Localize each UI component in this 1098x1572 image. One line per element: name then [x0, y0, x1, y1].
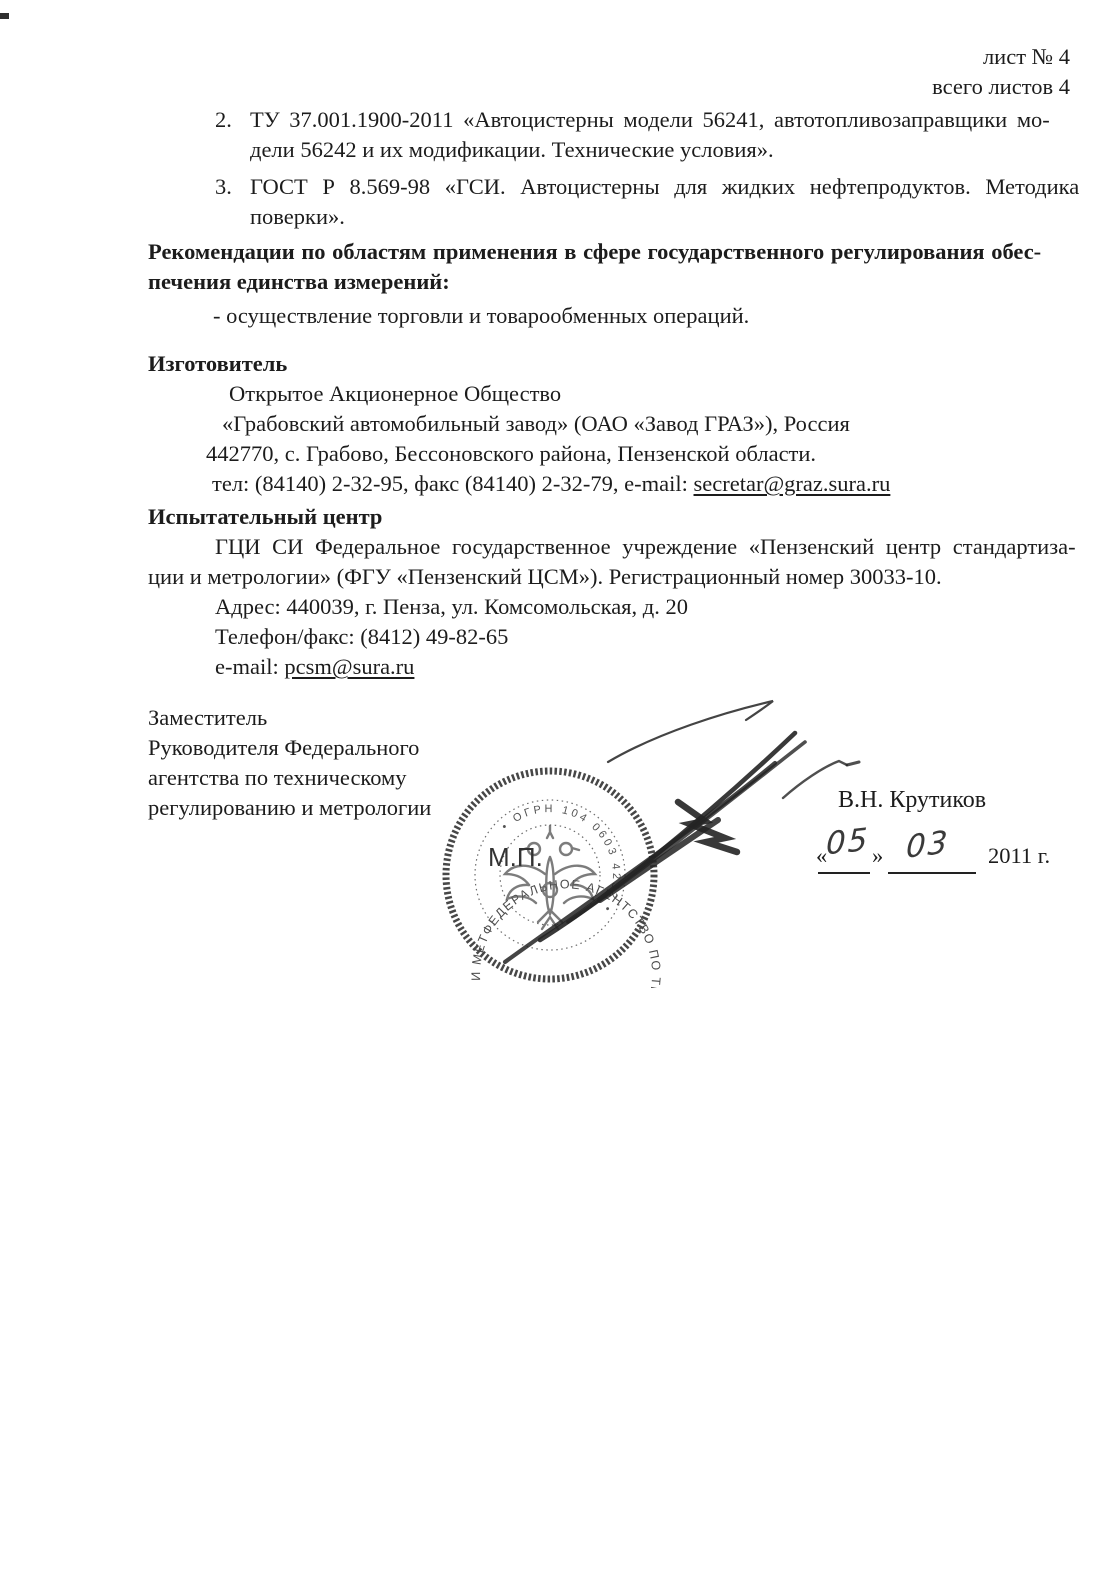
- standard-item-2-line1: ТУ 37.001.1900-2011 «Автоцистерны модели…: [250, 105, 1070, 135]
- standard-item-3-line2: поверки».: [250, 202, 1070, 232]
- manufacturer-line2: «Грабовский автомобильный завод» (ОАО «З…: [222, 409, 850, 439]
- date-month-underline: [888, 871, 976, 874]
- recommendations-heading-line1: Рекомендации по областям применения в сф…: [148, 237, 1073, 267]
- manufacturer-line3: 442770, с. Грабово, Бессоновского района…: [206, 439, 816, 469]
- signer-position-line4: регулированию и метрологии: [148, 793, 431, 823]
- date-day-handwritten: 05: [825, 822, 869, 863]
- scanned-document-page: лист № 4 всего листов 4 2. ТУ 37.001.190…: [0, 0, 1098, 1572]
- manufacturer-line1: Открытое Акционерное Общество: [229, 379, 561, 409]
- standard-item-2-number: 2.: [215, 105, 232, 135]
- recommendations-item: - осуществление торговли и товарообменны…: [213, 301, 749, 331]
- test-center-phone: Телефон/факс: (8412) 49-82-65: [215, 622, 508, 652]
- recommendations-heading-line2: печения единства измерений:: [148, 267, 1073, 297]
- scan-artifact: [0, 13, 9, 19]
- handwritten-signature-icon: [395, 675, 1055, 1015]
- test-center-heading: Испытательный центр: [148, 502, 382, 532]
- test-center-line1: ГЦИ СИ Федеральное государственное учреж…: [148, 532, 1073, 562]
- signer-position-line3: агентства по техническому: [148, 763, 431, 793]
- date-close-quote: »: [872, 841, 883, 871]
- manufacturer-email: secretar@graz.sura.ru: [694, 471, 891, 496]
- test-center-line2: ции и метрологии» (ФГУ «Пензенский ЦСМ»)…: [148, 562, 1073, 592]
- sheet-number-label: лист № 4: [932, 42, 1070, 72]
- manufacturer-heading: Изготовитель: [148, 349, 287, 379]
- date-month-handwritten: 03: [905, 824, 950, 866]
- total-sheets-label: всего листов 4: [932, 72, 1070, 102]
- manufacturer-phone-fax: тел: (84140) 2-32-95, факс (84140) 2-32-…: [212, 471, 694, 496]
- signer-position-line2: Руководителя Федерального: [148, 733, 431, 763]
- date-year: 2011 г.: [988, 841, 1050, 871]
- test-center-email-prefix: e-mail:: [215, 654, 284, 679]
- standard-item-3-line1: ГОСТ Р 8.569-98 «ГСИ. Автоцистерны для ж…: [250, 172, 1070, 202]
- date-day-underline: [818, 871, 870, 874]
- test-center-address: Адрес: 440039, г. Пенза, ул. Комсомольск…: [215, 592, 688, 622]
- standard-item-3-number: 3.: [215, 172, 232, 202]
- standard-item-2-line2: дели 56242 и их модификации. Технические…: [250, 135, 1070, 165]
- test-center-email-line: e-mail: pcsm@sura.ru: [215, 652, 414, 682]
- manufacturer-contacts: тел: (84140) 2-32-95, факс (84140) 2-32-…: [212, 469, 890, 499]
- signer-position-line1: Заместитель: [148, 703, 431, 733]
